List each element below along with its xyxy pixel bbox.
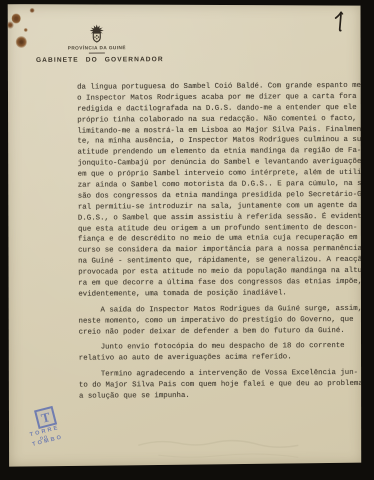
- handwritten-page-number: [332, 9, 348, 35]
- paragraph: da língua portuguesa do Sambel Coió Bald…: [77, 81, 372, 301]
- foxing-stain: [30, 8, 35, 13]
- text-line: ra em que decorre a última fase dos cong…: [78, 277, 372, 290]
- foxing-stain: [16, 36, 27, 48]
- text-line: creio não poder deixar de defender a bem…: [79, 325, 373, 338]
- foxing-stain: [12, 13, 21, 24]
- letterhead-province: PROVÍNCIA DA GUINÉ: [49, 46, 144, 51]
- text-line: to do Major Silva Pais com quem hoje fal…: [79, 379, 373, 392]
- letterhead-office: GABINETE DO GOVERNADOR: [36, 56, 158, 64]
- pencil-smudges: [8, 406, 364, 468]
- letterhead: PROVÍNCIA DA GUINÉ GABINETE DO GOVERNADO…: [36, 23, 158, 64]
- paragraph: Termino agradecendo a intervenção de Vos…: [79, 368, 373, 402]
- text-line: Junto envio fotocópia do meu despacho de…: [79, 341, 373, 354]
- text-line: relativo ao auto de averiguações acima r…: [79, 352, 373, 365]
- document-page: PROVÍNCIA DA GUINÉ GABINETE DO GOVERNADO…: [6, 2, 365, 468]
- letter-body: da língua portuguesa do Sambel Coió Bald…: [77, 81, 373, 408]
- text-line: a solução que se impunha.: [79, 390, 373, 403]
- letterhead-divider: [89, 52, 105, 53]
- text-line: evidentemente, uma tomada de posição ina…: [78, 288, 372, 301]
- paragraph: Junto envio fotocópia do meu despacho de…: [79, 341, 373, 365]
- coat-of-arms-icon: [87, 23, 107, 43]
- foxing-stain: [24, 28, 28, 32]
- paragraph: A saída do Inspector Matos Rodrigues da …: [78, 304, 372, 338]
